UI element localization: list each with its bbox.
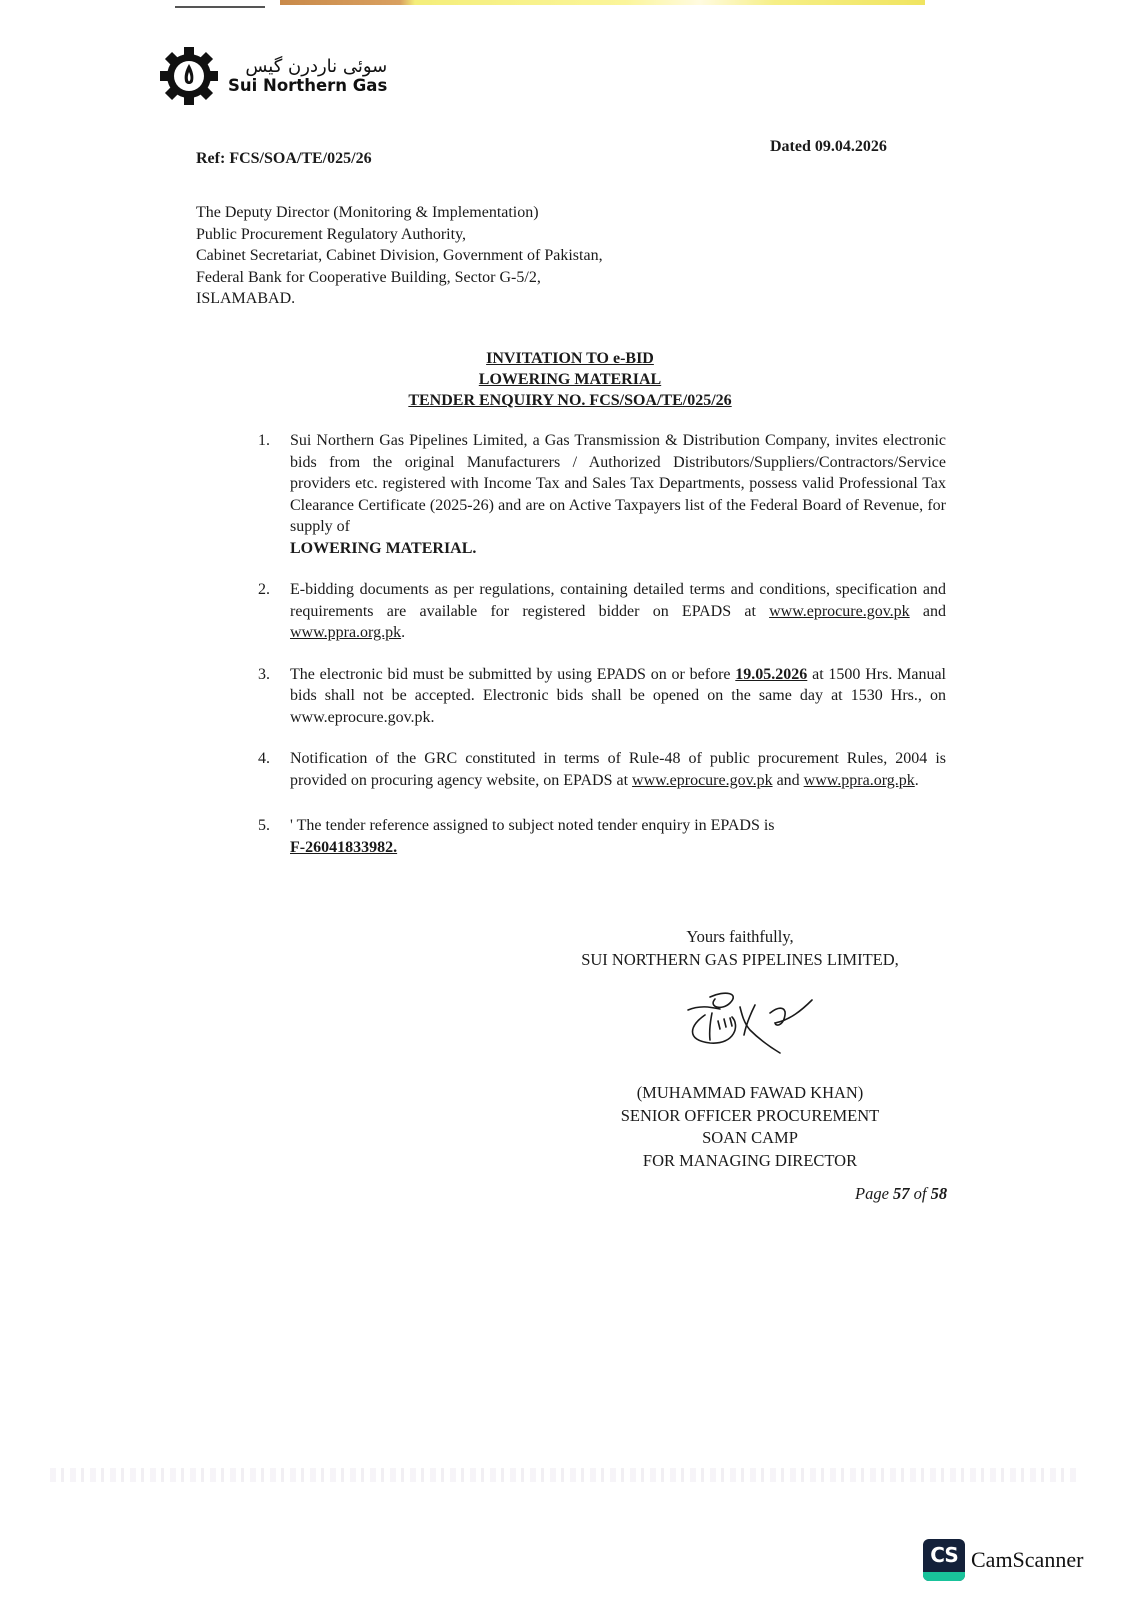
camscanner-logo-icon: CS [923,1539,965,1581]
logo-urdu-text: سوئی ناردرن گیس [228,58,387,77]
signature-icon [680,985,820,1060]
page-total: 58 [931,1184,948,1203]
signatory-block: (MUHAMMAD FAWAD KHAN) SENIOR OFFICER PRO… [600,1082,900,1172]
camscanner-label: CamScanner [971,1547,1083,1573]
clause-number: 5. [258,815,290,858]
page-current: 57 [893,1184,910,1203]
scan-bottom-artifact [50,1468,1080,1482]
clause-3: 3. The electronic bid must be submitted … [258,664,946,729]
salutation: Yours faithfully, [565,925,915,948]
signatory-location: SOAN CAMP [600,1127,900,1150]
signatory-title: SENIOR OFFICER PROCUREMENT [600,1105,900,1128]
address-line: Cabinet Secretariat, Cabinet Division, G… [196,245,603,267]
conjunction: and [773,772,804,789]
logo-english-text: Sui Northern Gas [228,77,387,94]
signatory-on-behalf: FOR MANAGING DIRECTOR [600,1150,900,1173]
clause-text: ' The tender reference assigned to subje… [290,817,775,834]
clause-material: LOWERING MATERIAL. [290,540,476,557]
ppra-link[interactable]: www.ppra.org.pk [804,772,915,789]
clause-2: 2. E-bidding documents as per regulation… [258,579,946,644]
page-number: Page 57 of 58 [855,1184,947,1204]
heading-line-1: INVITATION TO e-BID [486,350,654,367]
eprocure-link[interactable]: www.eprocure.gov.pk [632,772,773,789]
address-line: Public Procurement Regulatory Authority, [196,224,603,246]
clause-number: 4. [258,748,290,791]
punctuation: . [401,624,405,641]
closing-block: Yours faithfully, SUI NORTHERN GAS PIPEL… [565,925,915,971]
reference-number: Ref: FCS/SOA/TE/025/26 [196,150,372,168]
page-of: of [910,1184,931,1203]
letter-date: Dated 09.04.2026 [770,138,887,156]
punctuation: . [915,772,919,789]
submission-deadline: 19.05.2026 [735,666,807,683]
recipient-address: The Deputy Director (Monitoring & Implem… [196,202,603,310]
conjunction: and [910,603,946,620]
clause-number: 3. [258,664,290,729]
camscanner-badge-text: CS [923,1543,965,1567]
gear-flame-icon [158,45,220,107]
heading-line-2: LOWERING MATERIAL [479,371,661,388]
heading-line-3: TENDER ENQUIRY NO. FCS/SOA/TE/025/26 [408,392,731,409]
subject-heading: INVITATION TO e-BID LOWERING MATERIAL TE… [0,348,1130,411]
signature [680,985,820,1065]
clause-number: 1. [258,430,290,559]
epads-tender-reference: F-26041833982. [290,839,397,856]
clause-text: The electronic bid must be submitted by … [290,666,735,683]
address-line: ISLAMABAD. [196,288,603,310]
page-label: Page [855,1184,893,1203]
clause-1: 1. Sui Northern Gas Pipelines Limited, a… [258,430,946,559]
clause-text: Sui Northern Gas Pipelines Limited, a Ga… [290,432,946,535]
signatory-name: (MUHAMMAD FAWAD KHAN) [600,1082,900,1105]
clause-5: 5. ' The tender reference assigned to su… [258,815,946,858]
address-line: Federal Bank for Cooperative Building, S… [196,267,603,289]
clause-number: 2. [258,579,290,644]
eprocure-link[interactable]: www.eprocure.gov.pk [769,603,910,620]
scan-edge-line [175,6,265,8]
company-logo: سوئی ناردرن گیس Sui Northern Gas [158,45,387,107]
clause-4: 4. Notification of the GRC constituted i… [258,748,946,791]
address-line: The Deputy Director (Monitoring & Implem… [196,202,603,224]
scan-edge-strip [175,0,925,5]
numbered-clauses: 1. Sui Northern Gas Pipelines Limited, a… [258,430,946,878]
camscanner-watermark: CS CamScanner [923,1539,1083,1581]
company-name: SUI NORTHERN GAS PIPELINES LIMITED, [565,948,915,971]
ppra-link[interactable]: www.ppra.org.pk [290,624,401,641]
